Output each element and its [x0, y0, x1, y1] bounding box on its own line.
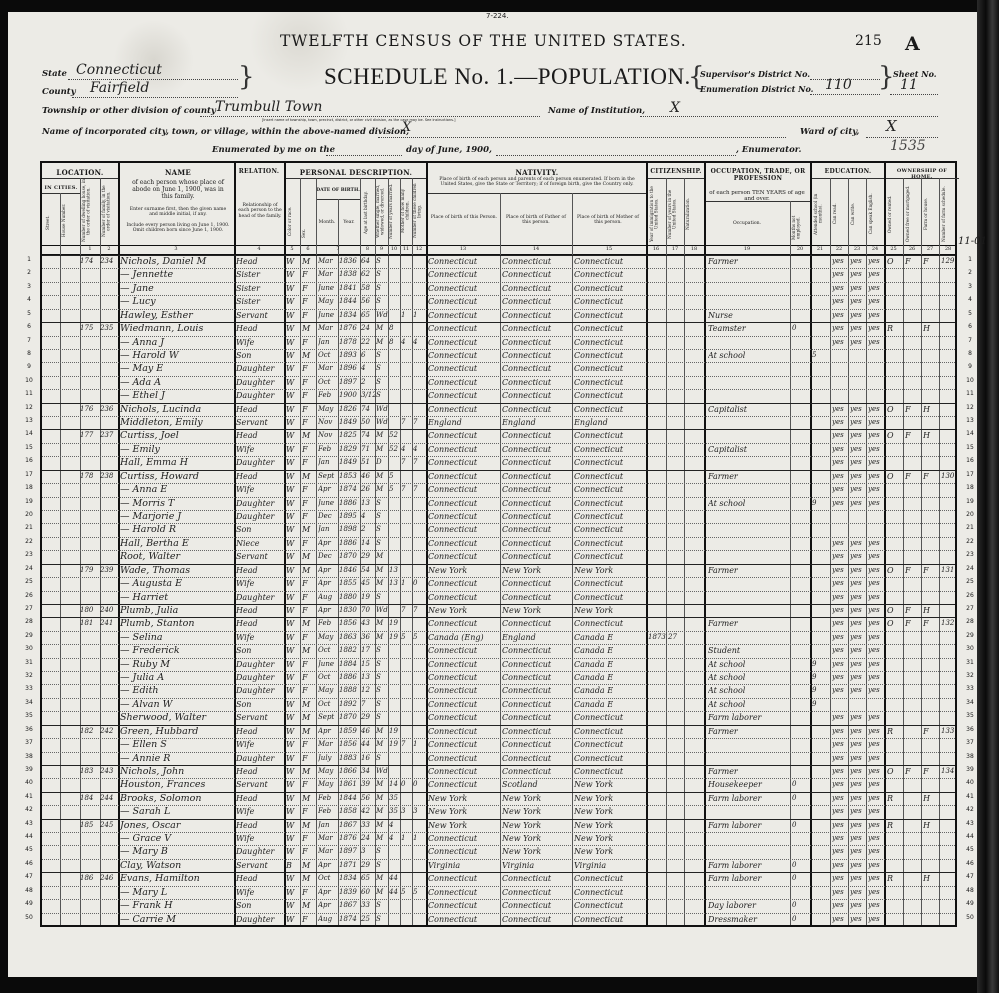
header-relation: RELATION. — [236, 168, 282, 175]
table-row: — SelinaWifeWFMay186336M1955Canada (Eng)… — [42, 630, 959, 643]
table-row: — Ada ADaughterWFOct18972SConnecticutCon… — [42, 375, 959, 388]
table-row: — Ellen SWifeWFMar185644M1971Connecticut… — [42, 737, 959, 750]
table-row: — Harold RSonWMJan18982SConnecticutConne… — [42, 522, 959, 535]
header-occupation: OCCUPATION, TRADE, OR PROFESSION — [706, 168, 810, 182]
population-table: LOCATION. IN CITIES. NAME of each person… — [40, 161, 957, 927]
table-row: — HarrietDaughterWFAug188019SConnecticut… — [42, 590, 959, 603]
row-number: 24 — [963, 565, 977, 572]
divider — [42, 193, 80, 194]
row-number: 12 — [963, 404, 977, 411]
cell-rel: Daughter — [236, 912, 284, 927]
column-number: 13 — [426, 246, 500, 254]
row-number: 24 — [22, 565, 36, 572]
row-number: 14 — [963, 430, 977, 437]
row-number: 25 — [963, 578, 977, 585]
header-personal: PERSONAL DESCRIPTION. — [286, 168, 426, 177]
row-number: 17 — [963, 471, 977, 478]
table-row: — Augusta EWifeWFApr185545M1310Connectic… — [42, 576, 959, 589]
page-letter: A — [905, 33, 920, 55]
table-row: Hawley, EstherServantWFJune183465Wd11Con… — [42, 308, 959, 321]
name-instr-2: Include every person living on June 1, 1… — [126, 223, 230, 234]
pob-mother-label: Place of birth of Mother of this person. — [574, 215, 642, 226]
row-number: 3 — [963, 283, 977, 290]
column-number: 5 — [284, 246, 300, 254]
row-number: 29 — [22, 632, 36, 639]
institution-value: X — [670, 100, 680, 116]
row-number: 4 — [963, 296, 977, 303]
column-number: 23 — [848, 246, 866, 254]
row-number: 26 — [22, 592, 36, 599]
table-row: — Anna EWifeWFApr187426M577ConnecticutCo… — [42, 482, 959, 495]
table-row: — Morris TDaughterWFJune188613SConnectic… — [42, 496, 959, 509]
table-row: — Anna JWifeWFJan187822M844ConnecticutCo… — [42, 335, 959, 348]
vh-mortgaged: Owned free or mortgaged. — [906, 185, 916, 243]
ward-value: X — [886, 117, 897, 135]
row-number: 13 — [963, 417, 977, 424]
column-number: 21 — [810, 246, 830, 254]
cell-rd: yes — [832, 912, 848, 927]
column-number: 26 — [903, 246, 921, 254]
vh-sex: Sex. — [302, 223, 312, 243]
county-line — [72, 97, 238, 98]
name-instr-1: Enter surname first, then the given name… — [126, 207, 230, 218]
row-number: 1 — [22, 256, 36, 263]
table-row: Sherwood, WalterServantWMSept187029SConn… — [42, 710, 959, 723]
row-number: 7 — [963, 337, 977, 344]
row-number: 6 — [963, 323, 977, 330]
row-number: 32 — [963, 672, 977, 679]
row-number: 30 — [963, 645, 977, 652]
vh-children-living: Number of these children living. — [413, 179, 423, 243]
table-row: — Grace VWifeWFMar187624M411ConnecticutN… — [42, 831, 959, 844]
row-number: 38 — [22, 753, 36, 760]
table-row: 181241Plumb, StantonHeadWMFeb185643M19Co… — [42, 616, 959, 629]
row-number: 26 — [963, 592, 977, 599]
column-number: 14 — [500, 246, 572, 254]
header-nativity: NATIVITY. — [428, 168, 646, 177]
township-note: [Insert name of township, town, precinct… — [262, 118, 455, 122]
column-number: 15 — [572, 246, 646, 254]
column-number: 1 — [80, 246, 100, 254]
vh-school: Attended school (in months). — [814, 185, 826, 243]
row-number: 21 — [963, 524, 977, 531]
table-row: — Harold WSonWMOct18936SConnecticutConne… — [42, 348, 959, 361]
enumerated-mid: day of June, 1900, — [406, 145, 492, 155]
row-number: 30 — [22, 645, 36, 652]
nativity-desc: Place of birth of each person and parent… — [432, 177, 642, 188]
column-number: 24 — [866, 246, 884, 254]
vh-family: Number of family, in the order of visita… — [102, 179, 116, 243]
row-number: 32 — [22, 672, 36, 679]
table-row: Houston, FrancesServantWFMay186139M1400C… — [42, 777, 959, 790]
table-row: 177237Curtiss, JoelHeadWMNov182574M52Con… — [42, 428, 959, 441]
row-number: 42 — [963, 806, 977, 813]
cell-occ: Dressmaker — [708, 912, 790, 927]
table-row: — Mary LWifeWFApr183960M4455ConnecticutC… — [42, 885, 959, 898]
divider — [648, 178, 706, 179]
vh-house: House Number. — [62, 197, 72, 243]
row-number: 28 — [963, 618, 977, 625]
table-row: — LucySisterWFMay184456SConnecticutConne… — [42, 294, 959, 307]
row-number: 20 — [22, 511, 36, 518]
row-number: 11 — [22, 390, 36, 397]
schedule-title: SCHEDULE No. 1.—POPULATION. — [324, 64, 691, 90]
table-row: 180240Plumb, JuliaHeadWFApr183070Wd77New… — [42, 603, 959, 616]
table-row: 179239Wade, ThomasHeadWMApr184654M13New … — [42, 563, 959, 576]
row-number: 41 — [963, 793, 977, 800]
column-number: 16 — [646, 246, 666, 254]
table-row: — Ethel JDaughterWFFeb19003/12SConnectic… — [42, 388, 959, 401]
row-number: 27 — [963, 605, 977, 612]
table-row: — JaneSisterWFJune184158SConnecticutConn… — [42, 281, 959, 294]
row-number: 43 — [22, 820, 36, 827]
row-number: 49 — [22, 900, 36, 907]
cell-pob: Connecticut — [428, 912, 500, 927]
row-number: 31 — [963, 659, 977, 666]
table-row: — Marjorie JDaughterWFDec18954SConnectic… — [42, 509, 959, 522]
dob-label: DATE OF BIRTH. — [316, 188, 360, 193]
relation-desc: Relationship of each person to the head … — [238, 203, 282, 219]
column-number: 12 — [412, 246, 426, 254]
row-number: 20 — [963, 511, 977, 518]
table-row: 174234Nichols, Daniel MHeadWMMar183664SC… — [42, 254, 959, 267]
row-number: 42 — [22, 806, 36, 813]
cell-col: W — [286, 912, 300, 927]
divider — [428, 193, 648, 194]
vh-age: Age at last birthday. — [364, 183, 374, 243]
column-number: 10 — [388, 246, 400, 254]
table-row: 184244Brooks, SolomonHeadWMFeb184456M35N… — [42, 791, 959, 804]
vh-years-us: Number of years in the United States. — [668, 185, 680, 243]
form-number: 7-224. — [486, 12, 509, 20]
table-row: — May EDaughterWFMar18964SConnecticutCon… — [42, 361, 959, 374]
vh-write: Can write. — [851, 185, 861, 243]
table-row: — Frank HSonWMApr186733SConnecticutConne… — [42, 898, 959, 911]
row-number: 19 — [963, 498, 977, 505]
vh-dwelling: Number of dwelling house, in the order o… — [82, 179, 96, 243]
table-row: 185245Jones, OscarHeadWMJan186733M4New Y… — [42, 818, 959, 831]
row-number: 2 — [963, 269, 977, 276]
row-number: 18 — [963, 484, 977, 491]
row-number: 22 — [963, 538, 977, 545]
column-number: 25 — [884, 246, 903, 254]
header-education: EDUCATION. — [812, 168, 884, 175]
column-number: 20 — [790, 246, 810, 254]
page-number: 215 — [855, 33, 882, 49]
cell-mo: Aug — [318, 912, 338, 927]
column-number: 6 — [300, 246, 316, 254]
row-number: 9 — [22, 363, 36, 370]
column-number: 11 — [400, 246, 412, 254]
township-value: Trumbull Town — [215, 99, 322, 115]
row-number: 9 — [963, 363, 977, 370]
row-number: 28 — [22, 618, 36, 625]
institution-label: Name of Institution, — [548, 106, 645, 116]
year-label: Year. — [338, 220, 360, 225]
row-number: 27 — [22, 605, 36, 612]
column-number: 2 — [100, 246, 118, 254]
cell-pobm: Connecticut — [574, 912, 646, 927]
column-number: 4 — [234, 246, 284, 254]
vh-months-unemployed: Months not employed. — [792, 213, 804, 243]
row-number: 23 — [963, 551, 977, 558]
supervisor-label: Supervisor's District No. — [700, 69, 810, 79]
row-number: 40 — [22, 779, 36, 786]
table-row: 176236Nichols, LucindaHeadWFMay182674WdC… — [42, 402, 959, 415]
row-number: 44 — [22, 833, 36, 840]
row-number: 41 — [22, 793, 36, 800]
row-number: 17 — [22, 471, 36, 478]
column-number: 27 — [921, 246, 939, 254]
enumerator-label: , Enumerator. — [736, 145, 801, 155]
row-number: 48 — [22, 887, 36, 894]
row-number: 10 — [963, 377, 977, 384]
cell-yr: 1874 — [339, 912, 360, 927]
header-name: NAME — [122, 168, 234, 177]
brace: } — [238, 62, 255, 92]
row-number: 47 — [963, 873, 977, 880]
row-number: 23 — [22, 551, 36, 558]
margin-note: 11-01 — [958, 236, 987, 247]
row-number: 45 — [963, 846, 977, 853]
vh-naturalization: Naturalization. — [686, 185, 698, 243]
row-number: 33 — [22, 685, 36, 692]
row-number: 39 — [963, 766, 977, 773]
header-in-cities: IN CITIES. — [44, 185, 78, 191]
cell-en: yes — [868, 912, 884, 927]
row-number: 15 — [22, 444, 36, 451]
vh-color: Color or race. — [288, 199, 298, 243]
table-row: Middleton, EmilyServantWFNov184950Wd77En… — [42, 415, 959, 428]
row-number: 39 — [22, 766, 36, 773]
row-number: 37 — [963, 739, 977, 746]
row-number: 15 — [963, 444, 977, 451]
table-row: 175235Wiedmann, LouisHeadWMMar187624M8Co… — [42, 321, 959, 334]
row-number: 7 — [22, 337, 36, 344]
table-row: — Alvan WSonWMOct18927SConnecticutConnec… — [42, 697, 959, 710]
ward-label: Ward of city, — [800, 127, 859, 137]
row-number: 3 — [22, 283, 36, 290]
column-number: 7 — [316, 246, 360, 254]
row-number: 22 — [22, 538, 36, 545]
vh-farm-house: Farm or house. — [924, 185, 934, 243]
column-number: 3 — [118, 246, 234, 254]
cell-age: 25 — [361, 912, 375, 927]
row-number: 35 — [22, 712, 36, 719]
vh-owned-rented: Owned or rented. — [888, 185, 898, 243]
table-row: — Ruby MDaughterWFJune188415SConnecticut… — [42, 657, 959, 670]
column-number: 18 — [684, 246, 704, 254]
cell-pobf: Connecticut — [502, 912, 572, 927]
row-number: 5 — [963, 310, 977, 317]
cell-sex: F — [302, 912, 316, 927]
vh-marital: Whether single, married, widowed, or div… — [376, 179, 388, 243]
enumerated-label: Enumerated by me on the — [212, 145, 335, 155]
vh-immigration: Year of immigration to the United States… — [650, 185, 662, 243]
table-row: 182242Green, HubbardHeadWMApr185946M19Co… — [42, 724, 959, 737]
row-number: 16 — [22, 457, 36, 464]
sheet-line — [890, 94, 938, 95]
city-value: X — [402, 120, 411, 135]
row-number: 36 — [22, 726, 36, 733]
vh-years-married: Number of years married. — [389, 179, 399, 243]
row-number: 14 — [22, 430, 36, 437]
state-label: State — [42, 69, 67, 79]
pob-person-label: Place of birth of this Person. — [430, 215, 498, 220]
row-number: 36 — [963, 726, 977, 733]
table-row: Hall, Bertha ENieceWFApr188614SConnectic… — [42, 536, 959, 549]
table-row: 186246Evans, HamiltonHeadWMOct183465M44C… — [42, 871, 959, 884]
row-number: 1 — [963, 256, 977, 263]
row-number: 37 — [22, 739, 36, 746]
row-number: 34 — [963, 699, 977, 706]
column-number: 19 — [704, 246, 790, 254]
row-number: 18 — [22, 484, 36, 491]
row-number: 49 — [963, 900, 977, 907]
cell-wr: yes — [850, 912, 866, 927]
row-number: 46 — [22, 860, 36, 867]
month-label: Month. — [316, 220, 338, 225]
table-row: — Annie RDaughterWFJuly188316SConnecticu… — [42, 751, 959, 764]
pob-father-label: Place of birth of Father of this person. — [502, 215, 570, 226]
table-row: Root, WalterServantWMDec187029MConnectic… — [42, 549, 959, 562]
table-row: — EmilyWifeWFFeb182971M5244ConnecticutCo… — [42, 442, 959, 455]
ed-value: 110 — [825, 77, 852, 93]
row-number: 8 — [963, 350, 977, 357]
row-number: 16 — [963, 457, 977, 464]
row-number: 50 — [963, 914, 977, 921]
corner-number: 1535 — [890, 138, 926, 154]
row-number: 13 — [22, 417, 36, 424]
township-label: Township or other division of county — [42, 106, 216, 116]
sheet-value: 11 — [900, 77, 918, 93]
city-label: Name of incorporated city, town, or vill… — [42, 127, 409, 137]
row-number: 46 — [963, 860, 977, 867]
row-number: 47 — [22, 873, 36, 880]
ed-line — [810, 94, 880, 95]
row-number: 10 — [22, 377, 36, 384]
divider — [706, 201, 812, 202]
row-number: 40 — [963, 779, 977, 786]
cell-mu: 0 — [792, 912, 810, 927]
row-number: 31 — [22, 659, 36, 666]
table-row: 178238Curtiss, HowardHeadWMSept185346M5C… — [42, 469, 959, 482]
cell-ms: S — [376, 912, 388, 927]
enumerator-line — [496, 155, 736, 156]
column-number: 9 — [375, 246, 388, 254]
row-number: 50 — [22, 914, 36, 921]
enumerated-day-line — [326, 155, 402, 156]
vh-english: Can speak English. — [869, 185, 879, 243]
row-number: 2 — [22, 269, 36, 276]
table-row: — FrederickSonWMOct188217SConnecticutCon… — [42, 643, 959, 656]
header-location: LOCATION. — [42, 168, 118, 177]
column-number: 22 — [830, 246, 848, 254]
column-number: 28 — [939, 246, 957, 254]
row-number: 35 — [963, 712, 977, 719]
scan-binding-edge — [977, 0, 999, 993]
row-number: 6 — [22, 323, 36, 330]
county-value: Fairfield — [90, 80, 149, 96]
row-number: 29 — [963, 632, 977, 639]
row-number: 8 — [22, 350, 36, 357]
township-line — [200, 116, 540, 117]
row-number: 5 — [22, 310, 36, 317]
vh-children-born: Mother of how many children. — [401, 179, 411, 243]
table-row: — Mary BDaughterWFMar18973SConnecticutNe… — [42, 844, 959, 857]
row-number: 44 — [963, 833, 977, 840]
row-number: 34 — [22, 699, 36, 706]
row-number: 48 — [963, 887, 977, 894]
table-row: — Julia ADaughterWFOct188613SConnecticut… — [42, 670, 959, 683]
table-row: 183243Nichols, JohnHeadWMMay186634WdConn… — [42, 764, 959, 777]
table-row: Clay, WatsonServantBMApr187129SVirginiaV… — [42, 858, 959, 871]
row-number: 43 — [963, 820, 977, 827]
ed-label: Enumeration District No. — [700, 84, 813, 94]
table-row: — JennetteSisterWFMar183862SConnecticutC… — [42, 267, 959, 280]
table-row: — Carrie MDaughterWFAug187425SConnecticu… — [42, 912, 959, 925]
vh-street: Street. — [46, 203, 56, 243]
row-number: 38 — [963, 753, 977, 760]
header-citizenship: CITIZENSHIP. — [648, 168, 704, 175]
row-number: 12 — [22, 404, 36, 411]
divider — [286, 178, 426, 179]
vh-farm-schedule: Number of farm schedule. — [942, 185, 952, 243]
row-number: 25 — [22, 578, 36, 585]
cell-name: — Carrie M — [120, 912, 234, 927]
vh-read: Can read. — [833, 185, 843, 243]
table-row: Hall, Emma HDaughterWFJan184951D77Connec… — [42, 455, 959, 468]
name-desc: of each person whose place of abode on J… — [126, 180, 230, 201]
column-number: 17 — [666, 246, 684, 254]
row-number: 33 — [963, 685, 977, 692]
occupation-sub: Occupation. — [708, 221, 786, 226]
row-number: 45 — [22, 846, 36, 853]
state-value: Connecticut — [76, 62, 162, 78]
row-number: 4 — [22, 296, 36, 303]
row-number: 11 — [963, 390, 977, 397]
census-title: TWELFTH CENSUS OF THE UNITED STATES. — [280, 32, 687, 50]
table-row: — EdithDaughterWFMay188812SConnecticutCo… — [42, 683, 959, 696]
county-label: County — [42, 87, 76, 97]
row-number: 21 — [22, 524, 36, 531]
column-number: 8 — [360, 246, 375, 254]
row-number: 19 — [22, 498, 36, 505]
city-line — [378, 137, 786, 138]
table-row: — Sarah LWifeWFFeb185842M3533New YorkNew… — [42, 804, 959, 817]
